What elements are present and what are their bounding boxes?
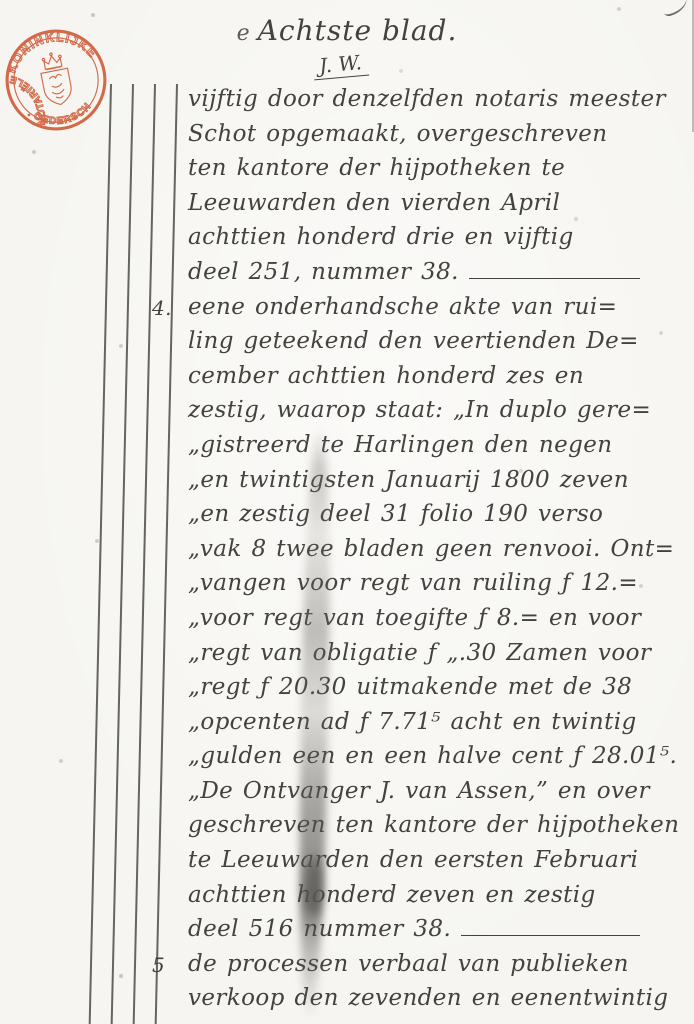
fill-rule-dash [469,278,640,279]
handwritten-text: de processen verbaal van publieken [188,951,629,977]
scanned-document-page: KONINKLIJKE NOTARIËLE BROEDERSCHAP eAcht… [0,0,694,1024]
handwritten-text: „vangen voor regt van ruiling ƒ 12.= [188,570,638,596]
handwritten-text: Schot opgemaakt, overgeschreven [188,121,608,147]
handwritten-text: „en twintigsten Januarij 1800 zeven [188,467,629,493]
manuscript-line: Schot opgemaakt, overgeschreven [188,121,688,156]
handwritten-text: eene onderhandsche akte van rui= [188,294,617,320]
handwritten-text: ten kantore der hijpotheken te [188,155,565,181]
handwritten-text: te Leeuwarden den eersten Februari [188,847,638,873]
manuscript-line: „vak 8 twee bladen geen renvooi. Ont= [188,536,688,571]
handwritten-text: „gistreerd te Harlingen den negen [188,432,612,458]
manuscript-line: „gulden een en een halve cent ƒ 28.01⁵. [188,743,688,778]
handwritten-text: „voor regt van toegifte ƒ 8.= en voor [188,605,641,631]
margin-rule-line [155,84,178,1024]
handwritten-text: „en zestig deel 31 folio 190 verso [188,501,603,527]
manuscript-line: achttien honderd drie en vijftig [188,224,688,259]
margin-rule-line [89,84,112,1024]
margin-rule-line [111,84,134,1024]
manuscript-line: deel 516 nummer 38. [188,916,688,951]
handwritten-text: Leeuwarden den vierden April [188,190,560,216]
handwritten-text: „gulden een en een halve cent ƒ 28.01⁵. [188,743,677,769]
manuscript-line: ten kantore der hijpotheken te [188,155,688,190]
manuscript-line: cember achttien honderd zes en [188,363,688,398]
handwritten-text: vijftig door denzelfden notaris meester [188,86,666,112]
handwritten-text: cember achttien honderd zes en [188,363,584,389]
manuscript-line: deel 251, nummer 38. [188,259,688,294]
lion-shield-icon [41,68,74,107]
notary-initials: J. W. [312,50,369,81]
handwritten-text: zestig, waarop staat: „In duplo gere= [188,397,651,423]
handwritten-text: verkoop den zevenden en eenentwintig [188,985,668,1011]
manuscript-lines: vijftig door denzelfden notaris meester … [188,86,688,1020]
margin-item-number: 4. [152,296,172,320]
manuscript-line: „gistreerd te Harlingen den negen [188,432,688,467]
page-title: Achtste blad. [258,14,458,47]
manuscript-line: te Leeuwarden den eersten Februari [188,847,688,882]
manuscript-line: vijftig door denzelfden notaris meester [188,86,688,121]
manuscript-line: achttien honderd zeven en zestig [188,882,688,917]
page-header: eAchtste blad. [0,14,694,47]
margin-rule-line [133,84,156,1024]
handwritten-text: „opcenten ad ƒ 7.71⁵ acht en twintig [188,709,637,735]
crown-icon [41,51,63,70]
handwritten-text: „regt van obligatie ƒ „.30 Zamen voor [188,640,651,666]
manuscript-line: „De Ontvanger J. van Assen,” en over [188,778,688,813]
margin-item-number: 5 [152,953,165,977]
manuscript-line: verkoop den zevenden en eenentwintig [188,985,688,1020]
handwritten-text: geschreven ten kantore der hijpotheken [188,812,679,838]
manuscript-line: zestig, waarop staat: „In duplo gere= [188,397,688,432]
handwritten-text: achttien honderd zeven en zestig [188,882,596,908]
manuscript-line: „vangen voor regt van ruiling ƒ 12.= [188,570,688,605]
handwritten-text: „De Ontvanger J. van Assen,” en over [188,778,650,804]
manuscript-line: Leeuwarden den vierden April [188,190,688,225]
manuscript-line: geschreven ten kantore der hijpotheken [188,812,688,847]
ink-smudge-dark-spot [306,856,322,916]
title-flourish: e [237,21,248,46]
fill-rule-dash [461,935,640,936]
handwritten-text: deel 251, nummer 38. [188,259,459,285]
handwritten-text: „regt ƒ 20.30 uitmakende met de 38 [188,674,632,700]
manuscript-line: „regt van obligatie ƒ „.30 Zamen voor [188,640,688,675]
manuscript-line: „regt ƒ 20.30 uitmakende met de 38 [188,674,688,709]
manuscript-line: „en zestig deel 31 folio 190 verso [188,501,688,536]
manuscript-line: „voor regt van toegifte ƒ 8.= en voor [188,605,688,640]
manuscript-line: 5 de processen verbaal van publieken [188,951,688,986]
manuscript-line: „opcenten ad ƒ 7.71⁵ acht en twintig [188,709,688,744]
handwritten-text: achttien honderd drie en vijftig [188,224,574,250]
manuscript-line: ling geteekend den veertienden De= [188,328,688,363]
manuscript-line: 4. eene onderhandsche akte van rui= [188,294,688,329]
manuscript-line: „en twintigsten Januarij 1800 zeven [188,467,688,502]
paper-speckles [0,0,2,2]
handwritten-text: ling geteekend den veertienden De= [188,328,639,354]
handwritten-text: „vak 8 twee bladen geen renvooi. Ont= [188,536,674,562]
